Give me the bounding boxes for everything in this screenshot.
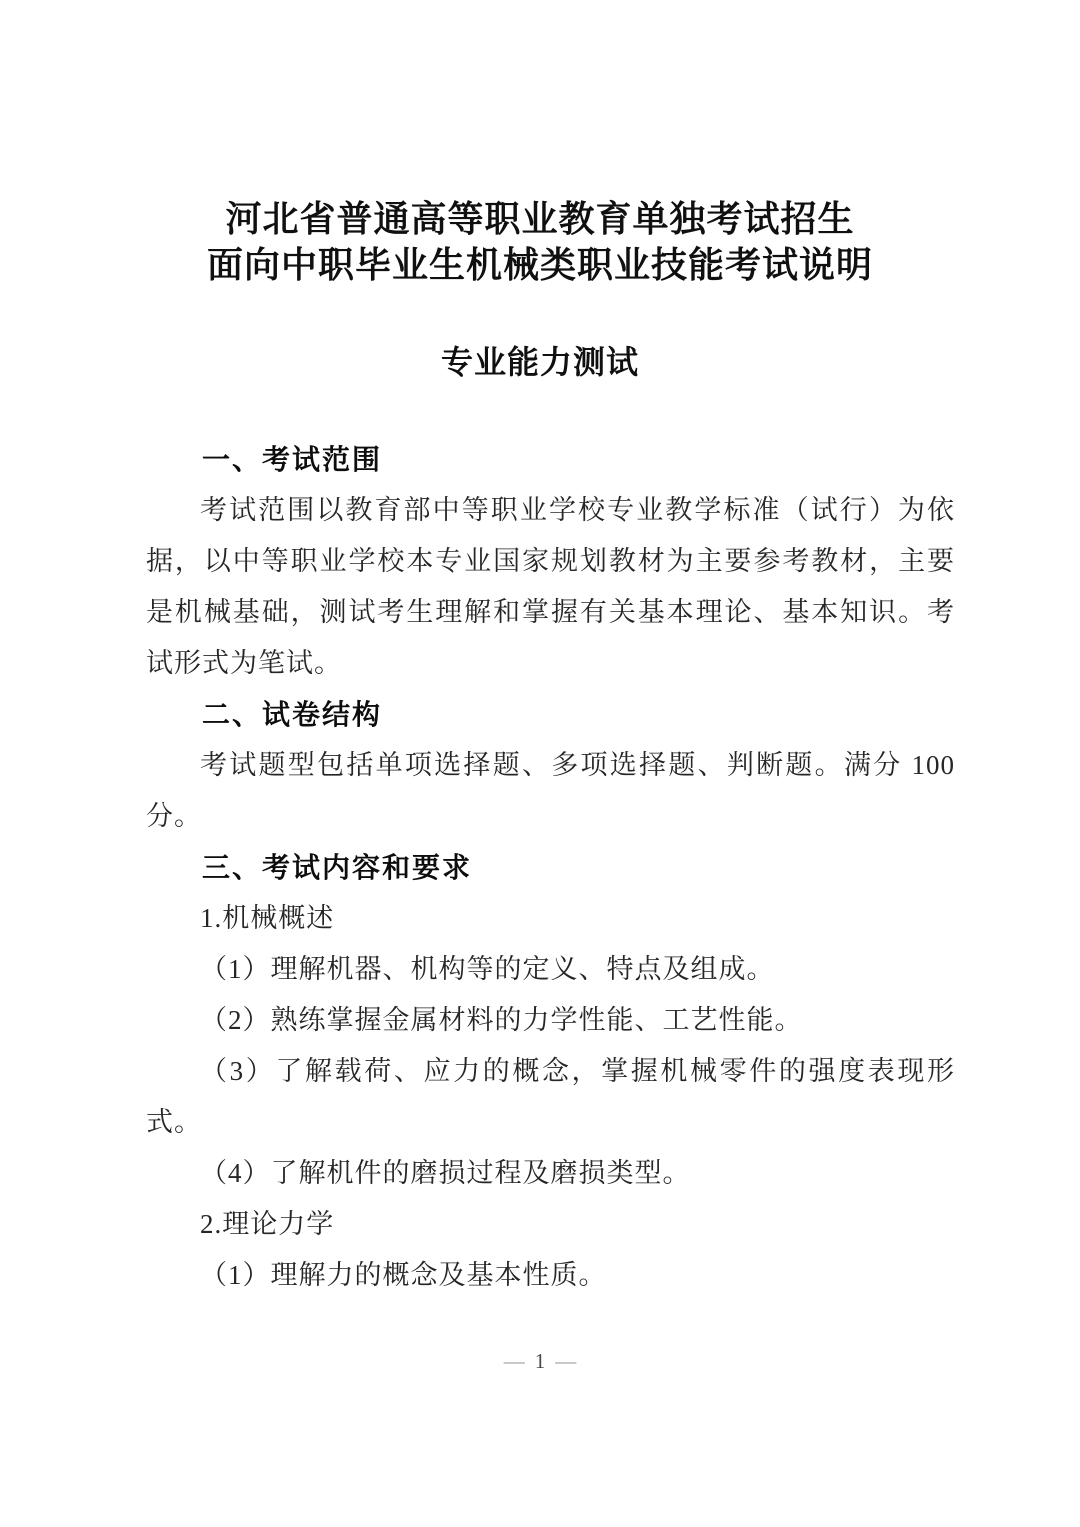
list-item: （2）熟练掌握金属材料的力学性能、工艺性能。 xyxy=(146,995,955,1046)
section-heading-exam-scope: 一、考试范围 xyxy=(146,434,955,485)
list-item: （4）了解机件的磨损过程及磨损类型。 xyxy=(146,1148,955,1199)
title-line-1: 河北省普通高等职业教育单独考试招生 xyxy=(0,196,1080,242)
document-body: 一、考试范围 考试范围以教育部中等职业学校专业教学标准（试行）为依据，以中等职业… xyxy=(0,434,1080,1301)
page-number-dash-left: — xyxy=(504,1349,525,1373)
page-number-value: 1 xyxy=(535,1349,546,1373)
list-item: （1）理解机器、机构等的定义、特点及组成。 xyxy=(146,944,955,995)
page-number: —1— xyxy=(0,1346,1080,1376)
list-item: （1）理解力的概念及基本性质。 xyxy=(146,1250,955,1301)
list-item-topic: 1.机械概述 xyxy=(146,893,955,944)
title-line-2: 面向中职毕业生机械类职业技能考试说明 xyxy=(0,242,1080,288)
section-heading-exam-content: 三、考试内容和要求 xyxy=(146,842,955,893)
page-number-dash-right: — xyxy=(555,1349,576,1373)
body-paragraph: 考试范围以教育部中等职业学校专业教学标准（试行）为依据，以中等职业学校本专业国家… xyxy=(146,485,955,689)
document-subtitle: 专业能力测试 xyxy=(0,342,1080,382)
body-paragraph: 考试题型包括单项选择题、多项选择题、判断题。满分 100 分。 xyxy=(146,740,955,842)
list-item-topic: 2.理论力学 xyxy=(146,1199,955,1250)
list-item: （3）了解载荷、应力的概念，掌握机械零件的强度表现形式。 xyxy=(146,1046,955,1148)
section-heading-paper-structure: 二、试卷结构 xyxy=(146,689,955,740)
document-page: 河北省普通高等职业教育单独考试招生 面向中职毕业生机械类职业技能考试说明 专业能… xyxy=(0,0,1080,1527)
document-title: 河北省普通高等职业教育单独考试招生 面向中职毕业生机械类职业技能考试说明 xyxy=(0,0,1080,288)
